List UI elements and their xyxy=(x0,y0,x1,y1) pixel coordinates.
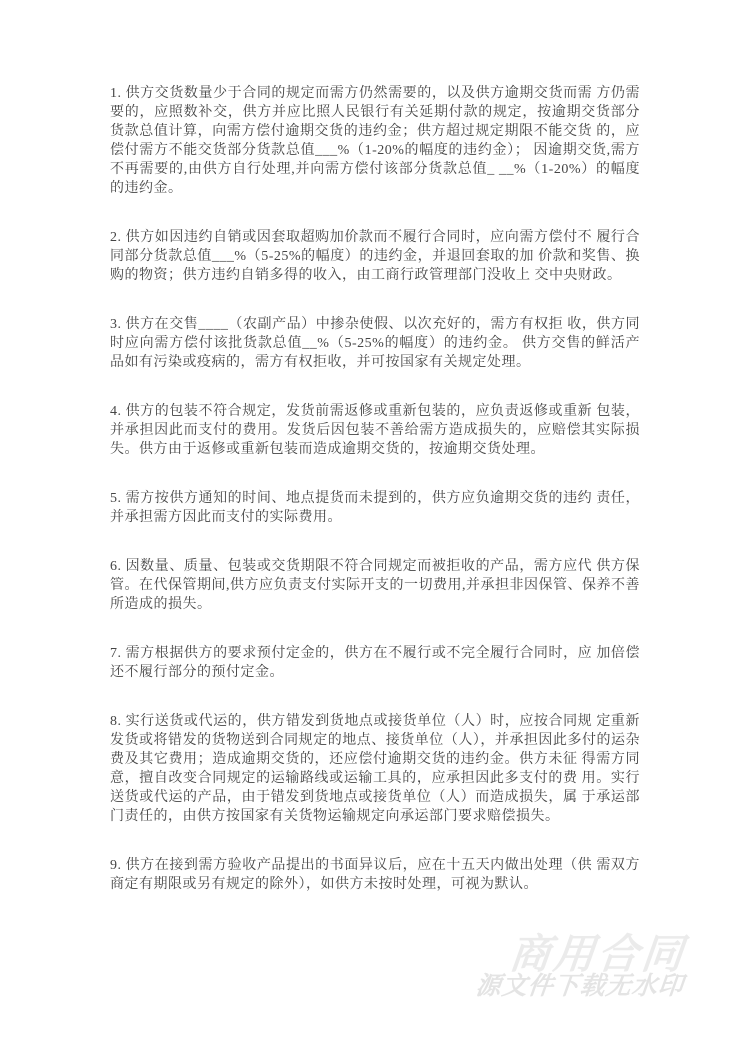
clause-6: 6. 因数量、质量、包装或交货期限不符合同规定而被拒收的产品，需方应代 供方保管… xyxy=(110,557,640,614)
clause-1: 1. 供方交货数量少于合同的规定而需方仍然需要的，以及供方逾期交货而需 方仍需要… xyxy=(110,84,640,198)
clause-4: 4. 供方的包装不符合规定，发货前需返修或重新包装的，应负责返修或重新 包装，并… xyxy=(110,402,640,459)
contract-body: 1. 供方交货数量少于合同的规定而需方仍然需要的，以及供方逾期交货而需 方仍需要… xyxy=(110,84,640,894)
contract-document-page: { "page": { "background_color": "#ffffff… xyxy=(0,0,742,1049)
clause-2: 2. 供方如因违约自销或因套取超购加价款而不履行合同时，应向需方偿付不 履行合同… xyxy=(110,228,640,285)
clause-5: 5. 需方按供方通知的时间、地点提货而未提到的，供方应负逾期交货的违约 责任，并… xyxy=(110,489,640,527)
contract-page: 商用合同 源文件下载无水印 1. 供方交货数量少于合同的规定而需方仍然需要的，以… xyxy=(0,0,742,1049)
clause-9: 9. 供方在接到需方验收产品提出的书面异议后，应在十五天内做出处理（供 需双方商… xyxy=(110,856,640,894)
clause-7: 7. 需方根据供方的要求预付定金的，供方在不履行或不完全履行合同时，应 加倍偿还… xyxy=(110,644,640,682)
clause-3: 3. 供方在交售____（农副产品）中掺杂使假、以次充好的，需方有权拒 收，供方… xyxy=(110,315,640,372)
watermark-subtitle: 源文件下载无水印 xyxy=(474,966,686,1002)
clause-8: 8. 实行送货或代运的，供方错发到货地点或接货单位（人）时，应按合同规 定重新发… xyxy=(110,712,640,826)
